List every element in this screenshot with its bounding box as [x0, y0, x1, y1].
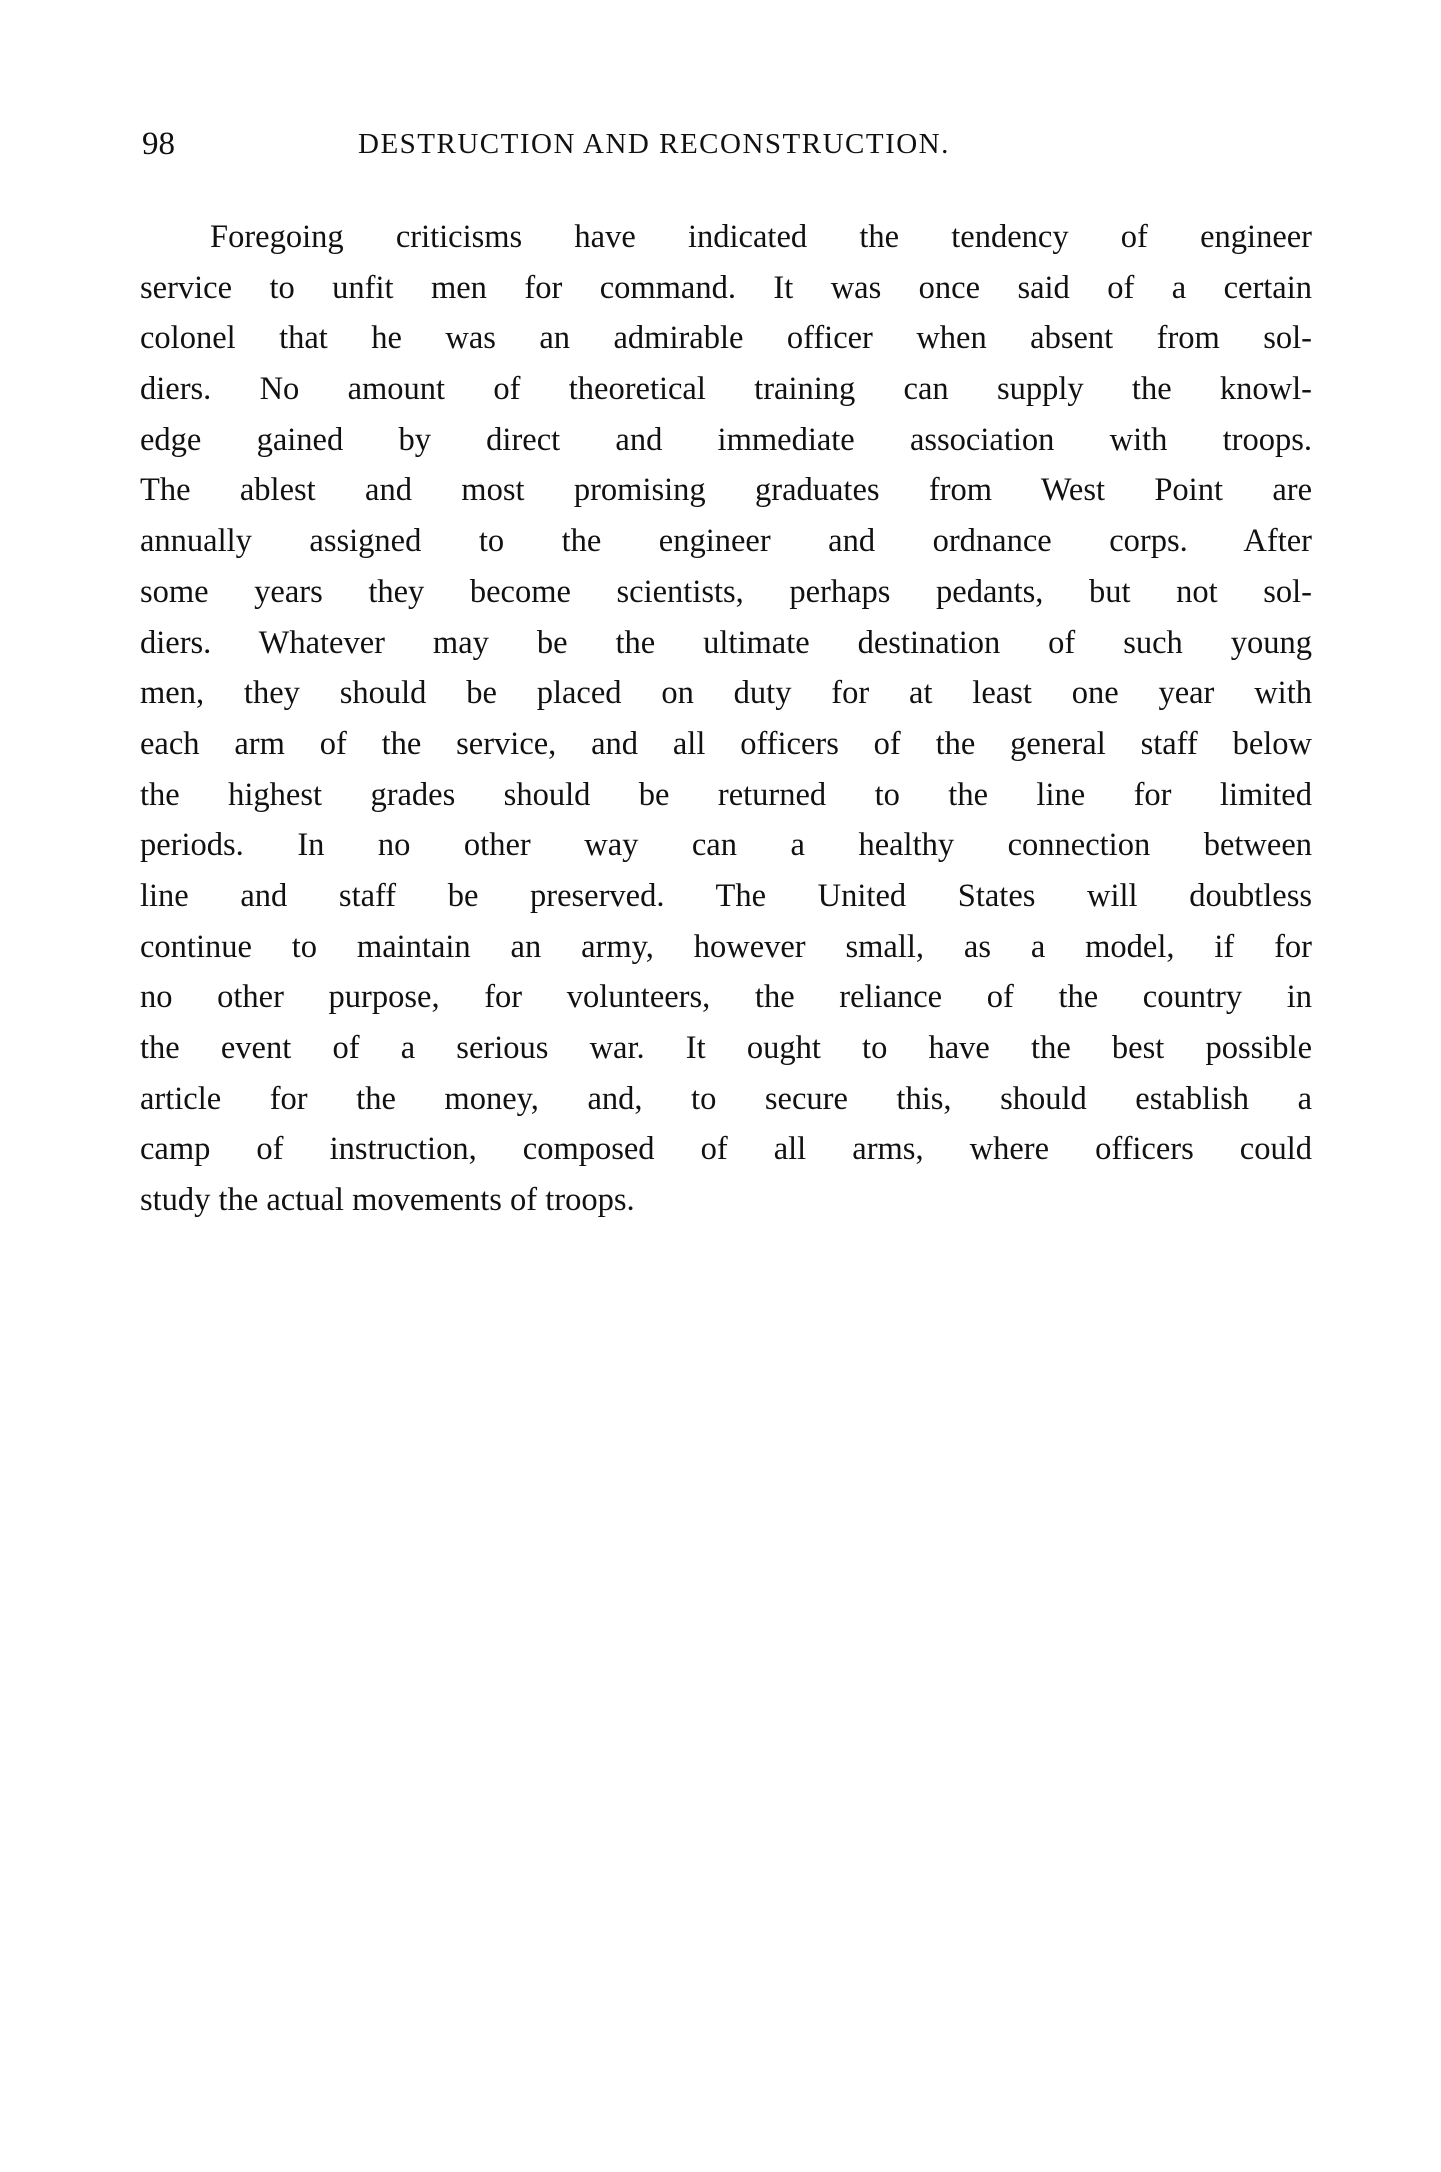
text-line: the highest grades should be returned to… [140, 770, 1312, 821]
text-line: service to unfit men for command. It was… [140, 263, 1312, 314]
text-line: diers. No amount of theoretical training… [140, 364, 1312, 415]
text-line: no other purpose, for volunteers, the re… [140, 972, 1312, 1023]
book-page: 98 DESTRUCTION AND RECONSTRUCTION. Foreg… [0, 0, 1441, 2172]
page-number: 98 [142, 122, 175, 166]
text-line: annually assigned to the engineer and or… [140, 516, 1312, 567]
text-line: Foregoing criticisms have indicated the … [140, 212, 1312, 263]
body-paragraph: Foregoing criticisms have indicated the … [140, 212, 1312, 1226]
running-head: 98 DESTRUCTION AND RECONSTRUCTION. [140, 122, 1312, 166]
text-line: article for the money, and, to secure th… [140, 1074, 1312, 1125]
text-line: some years they become scientists, perha… [140, 567, 1312, 618]
text-line: colonel that he was an admirable officer… [140, 313, 1312, 364]
text-line: men, they should be placed on duty for a… [140, 668, 1312, 719]
text-line: each arm of the service, and all officer… [140, 719, 1312, 770]
text-line: The ablest and most promising graduates … [140, 465, 1312, 516]
text-line: periods. In no other way can a healthy c… [140, 820, 1312, 871]
text-line: continue to maintain an army, however sm… [140, 922, 1312, 973]
text-line: the event of a serious war. It ought to … [140, 1023, 1312, 1074]
text-line: edge gained by direct and immediate asso… [140, 415, 1312, 466]
text-line: diers. Whatever may be the ultimate dest… [140, 618, 1312, 669]
text-line: study the actual movements of troops. [140, 1175, 1312, 1226]
text-line: camp of instruction, composed of all arm… [140, 1124, 1312, 1175]
running-head-title: DESTRUCTION AND RECONSTRUCTION. [358, 122, 1103, 166]
text-line: line and staff be preserved. The United … [140, 871, 1312, 922]
